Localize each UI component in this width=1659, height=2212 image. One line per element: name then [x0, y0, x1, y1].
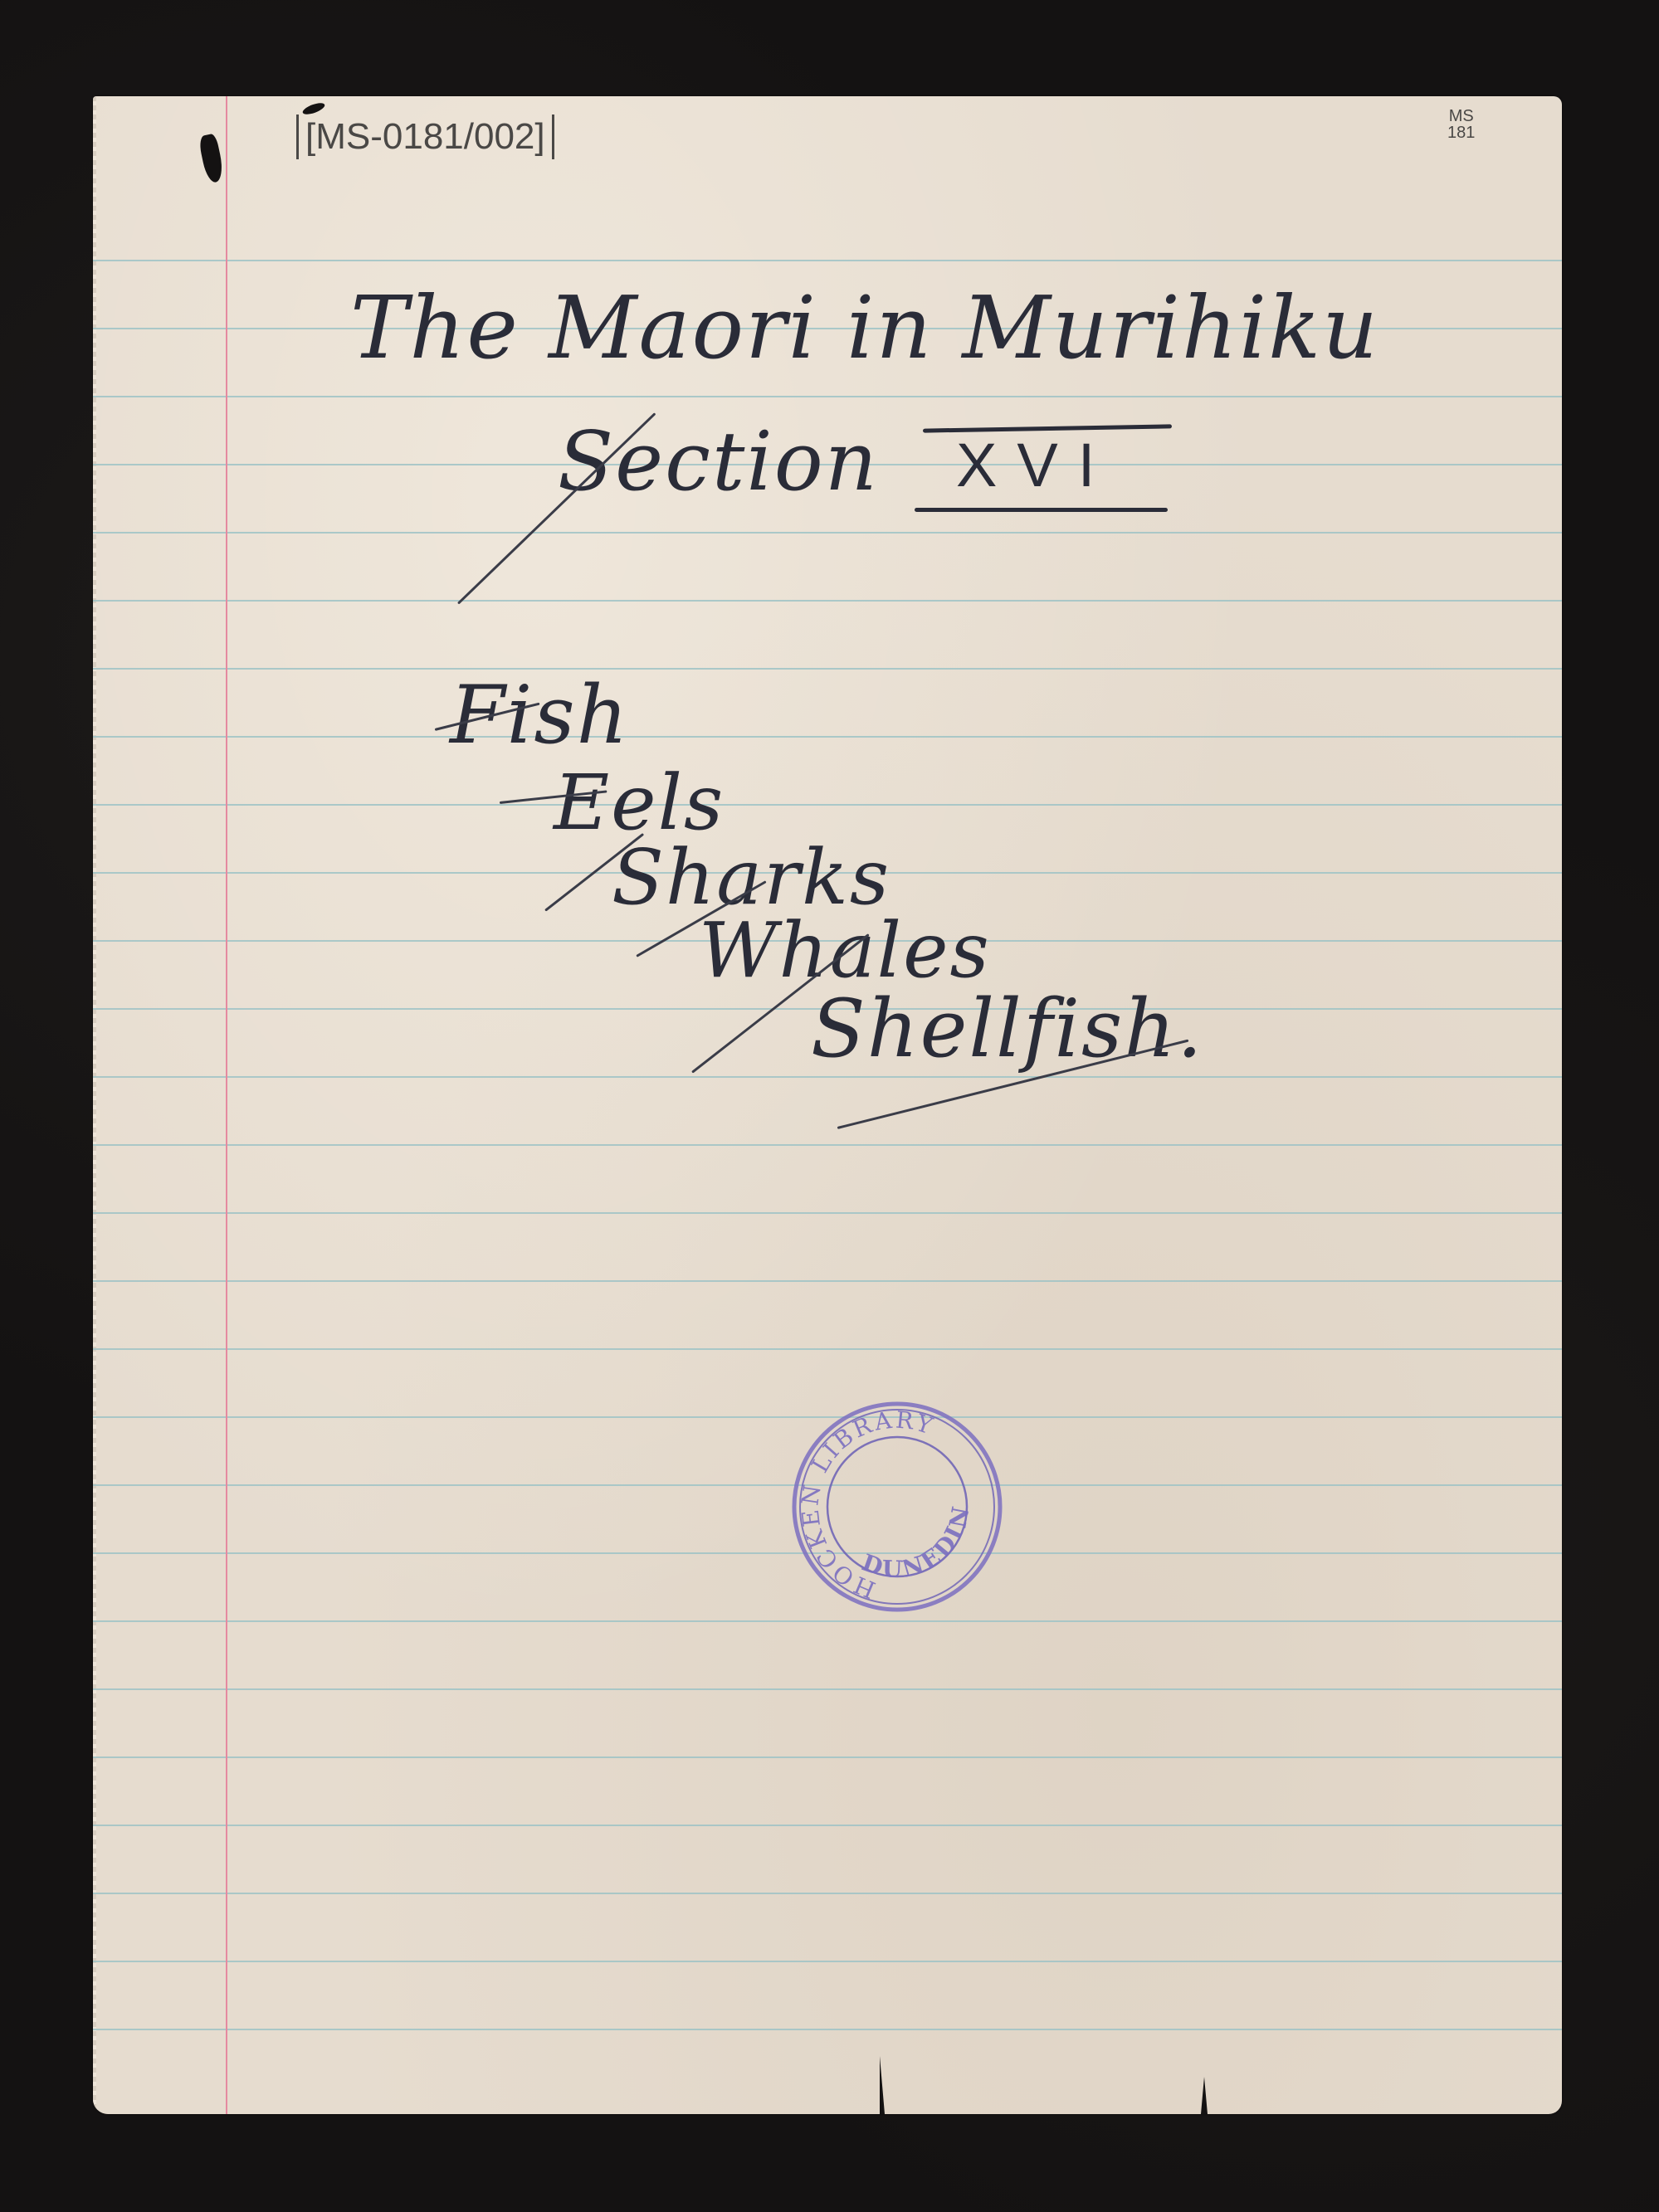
rule-line	[93, 532, 1562, 534]
rule-line	[93, 396, 1562, 397]
corner-annotation-line1: MS	[1447, 108, 1475, 124]
corner-annotation: MS 181	[1447, 108, 1475, 141]
corner-annotation-line2: 181	[1447, 124, 1475, 141]
rule-line	[93, 736, 1562, 738]
edge-tear	[1201, 2077, 1208, 2114]
topic-fish: Fish	[450, 669, 629, 762]
rule-line	[93, 668, 1562, 670]
edge-tear	[880, 2056, 885, 2114]
rule-line	[93, 1348, 1562, 1350]
rule-line	[93, 1688, 1562, 1690]
archive-reference: [MS-0181/002]	[296, 114, 554, 159]
rule-line	[93, 1144, 1562, 1146]
library-stamp: HOCKEN LIBRARY DUNEDIN	[788, 1398, 1006, 1615]
rule-line	[93, 260, 1562, 261]
rule-line	[93, 1280, 1562, 1282]
manuscript-title: The Maori in Murihiku	[350, 277, 1379, 378]
section-number-underline	[915, 508, 1168, 512]
section-number: XVI	[956, 430, 1115, 500]
rule-line	[93, 1212, 1562, 1214]
rule-line	[93, 1076, 1562, 1078]
rule-line	[93, 1756, 1562, 1758]
rule-line	[93, 1893, 1562, 1894]
rule-line	[93, 1825, 1562, 1826]
margin-line	[226, 96, 227, 2114]
topic-shellfish: Shellfish.	[811, 982, 1204, 1075]
rule-line	[93, 1620, 1562, 1622]
rule-line	[93, 1961, 1562, 1962]
manuscript-page: [MS-0181/002] MS 181 The Maori in Murihi…	[93, 96, 1562, 2114]
torn-hole	[198, 133, 226, 183]
rule-line	[93, 600, 1562, 602]
rule-line	[93, 2029, 1562, 2030]
stamp-icon: HOCKEN LIBRARY DUNEDIN	[788, 1398, 1006, 1615]
rule-line	[93, 804, 1562, 806]
